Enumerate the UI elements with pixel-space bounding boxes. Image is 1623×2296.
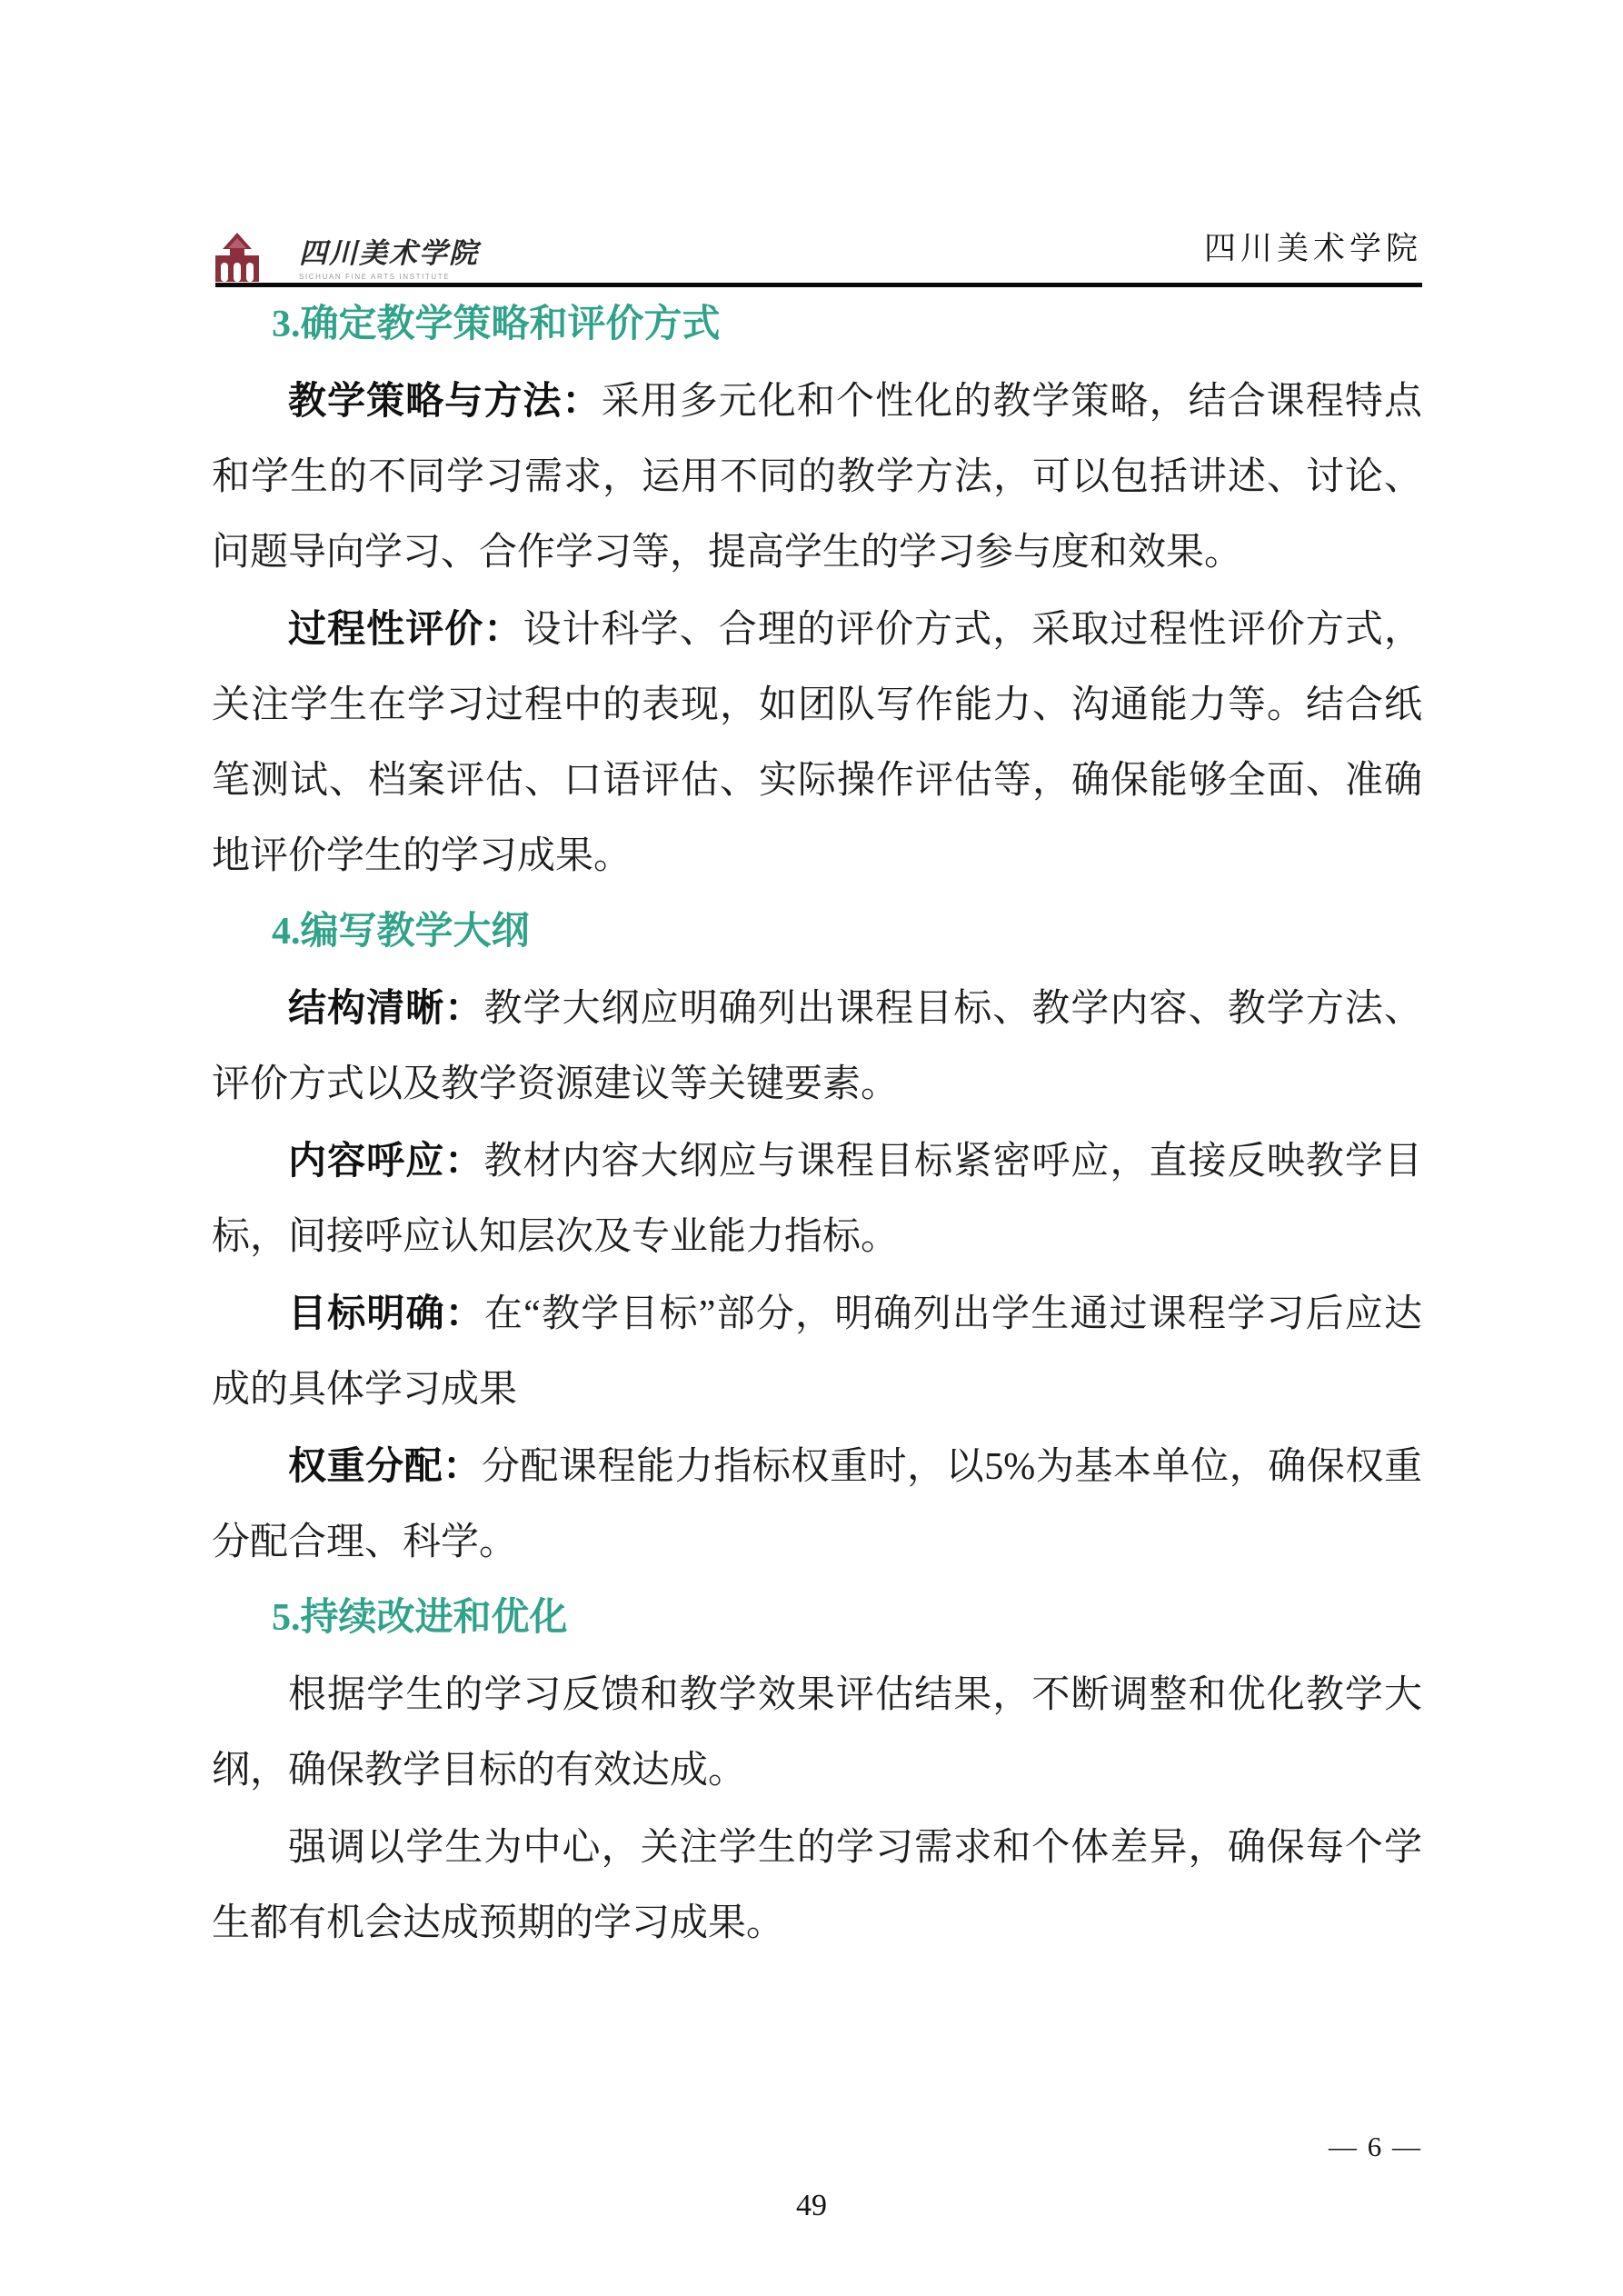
paragraph-text: 强调以学生为中心，关注学生的学习需求和个体差异，确保每个学生都有机会达成预期的学…	[212, 1827, 1422, 1944]
paragraph: 权重分配：分配课程能力指标权重时，以5%为基本单位，确保权重分配合理、科学。	[212, 1428, 1422, 1581]
page-number: — 6 —	[212, 2131, 1422, 2163]
section-heading-3: 3.确定教学策略和评价方式	[212, 287, 1422, 363]
section-heading-5: 5.持续改进和优化	[212, 1581, 1422, 1656]
paragraph-label: 结构清晰：	[288, 986, 483, 1029]
paragraph: 教学策略与方法：采用多元化和个性化的教学策略，结合课程特点和学生的不同学习需求，…	[212, 363, 1422, 591]
paragraph: 强调以学生为中心，关注学生的学习需求和个体差异，确保每个学生都有机会达成预期的学…	[212, 1809, 1422, 1962]
paragraph-label: 权重分配：	[288, 1444, 482, 1487]
logo-caption: SICHUAN FINE ARTS INSTITUTE	[299, 273, 479, 281]
paragraph-label: 过程性评价：	[288, 607, 523, 650]
logo-text-block: 四川美术学院 SICHUAN FINE ARTS INSTITUTE	[299, 233, 479, 281]
page-header: 四川美术学院 SICHUAN FINE ARTS INSTITUTE 四川美术学…	[215, 233, 1422, 282]
paragraph: 根据学生的学习反馈和教学效果评估结果，不断调整和优化教学大纲，确保教学目标的有效…	[212, 1656, 1422, 1809]
paragraph: 内容呼应：教材内容大纲应与课程目标紧密呼应，直接反映教学目标，间接呼应认知层次及…	[212, 1123, 1422, 1275]
paragraph: 过程性评价：设计科学、合理的评价方式，采取过程性评价方式，关注学生在学习过程中的…	[212, 591, 1422, 894]
school-logo: 四川美术学院 SICHUAN FINE ARTS INSTITUTE	[215, 233, 479, 282]
paragraph-label: 内容呼应：	[288, 1139, 483, 1182]
document-body: 3.确定教学策略和评价方式 教学策略与方法：采用多元化和个性化的教学策略，结合课…	[212, 287, 1422, 1962]
header-school-name: 四川美术学院	[1204, 231, 1422, 282]
school-building-icon	[215, 233, 290, 282]
sheet-number: 49	[0, 2189, 1623, 2223]
logo-school-name: 四川美术学院	[299, 238, 479, 269]
paragraph-text: 根据学生的学习反馈和教学效果评估结果，不断调整和优化教学大纲，确保教学目标的有效…	[212, 1674, 1422, 1792]
document-page: 四川美术学院 SICHUAN FINE ARTS INSTITUTE 四川美术学…	[0, 0, 1623, 2296]
paragraph-label: 教学策略与方法：	[288, 379, 602, 422]
paragraph-label: 目标明确：	[288, 1292, 484, 1334]
paragraph: 结构清晰：教学大纲应明确列出课程目标、教学内容、教学方法、评价方式以及教学资源建…	[212, 970, 1422, 1123]
paragraph: 目标明确：在“教学目标”部分，明确列出学生通过课程学习后应达成的具体学习成果	[212, 1275, 1422, 1428]
section-heading-4: 4.编写教学大纲	[212, 894, 1422, 970]
